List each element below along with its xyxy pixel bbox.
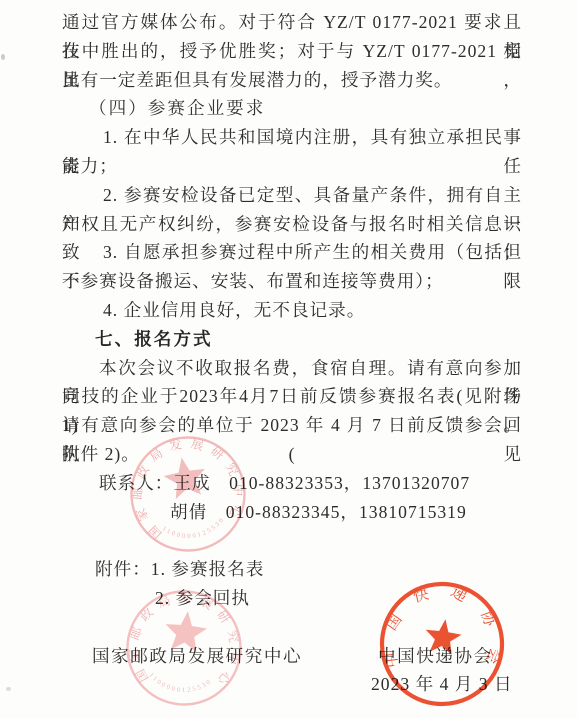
doc-line: 通过官方媒体公布。对于符合 YZ/T 0177-2021 要求且在竞: [62, 8, 522, 37]
signature-row: 国家邮政局发展研究中心中国快递协会: [62, 642, 522, 671]
document-body: 通过官方媒体公布。对于符合 YZ/T 0177-2021 要求且在竞技中胜出的，…: [62, 8, 522, 699]
blank-line: [62, 613, 522, 642]
doc-line: 胡倩 010-88323345，13810715319: [62, 498, 522, 527]
sub-heading: （四）参赛企业要求: [62, 94, 522, 123]
doc-line: 产权且无产权纠纷，参赛安检设备与报名时相关信息一致；: [62, 210, 522, 239]
doc-line: 附件：1. 参赛报名表: [62, 555, 522, 584]
doc-line: 2023 年 4 月 3 日: [62, 670, 522, 699]
signature-issuer-left: 国家邮政局发展研究中心: [92, 642, 302, 671]
doc-line: 2. 参赛安检设备已定型、具备量产条件，拥有自主知识: [62, 181, 522, 210]
doc-line: 联系人：王成 010-88323353，13701320707: [62, 469, 522, 498]
doc-line: 竞技的企业于2023年4月7日前反馈参赛报名表(见附件1)。: [62, 382, 522, 411]
doc-line: 2. 参会回执: [62, 584, 522, 613]
doc-line: 4. 企业信用良好，无不良记录。: [62, 296, 522, 325]
section-heading: 七、报名方式: [62, 325, 522, 354]
signature-issuer-right: 中国快递协会: [378, 642, 493, 671]
scan-artifact: [1, 54, 5, 60]
doc-line: 1. 在中华人民共和国境内注册，具有独立承担民事责任: [62, 123, 522, 152]
scan-artifact: [6, 687, 11, 691]
doc-line: 本次会议不收取报名费，食宿自理。请有意向参加同场: [62, 354, 522, 383]
doc-line: 技中胜出的，授予优胜奖；对于与 YZ/T 0177-2021 相比，: [62, 37, 522, 66]
doc-line: 请有意向参会的单位于 2023 年 4 月 7 日前反馈参会回执(见: [62, 411, 522, 440]
scanned-document-page: 通过官方媒体公布。对于符合 YZ/T 0177-2021 要求且在竞技中胜出的，…: [0, 0, 577, 718]
doc-line: 3. 自愿承担参赛过程中所产生的相关费用（包括但不限: [62, 238, 522, 267]
blank-line: [62, 526, 522, 555]
